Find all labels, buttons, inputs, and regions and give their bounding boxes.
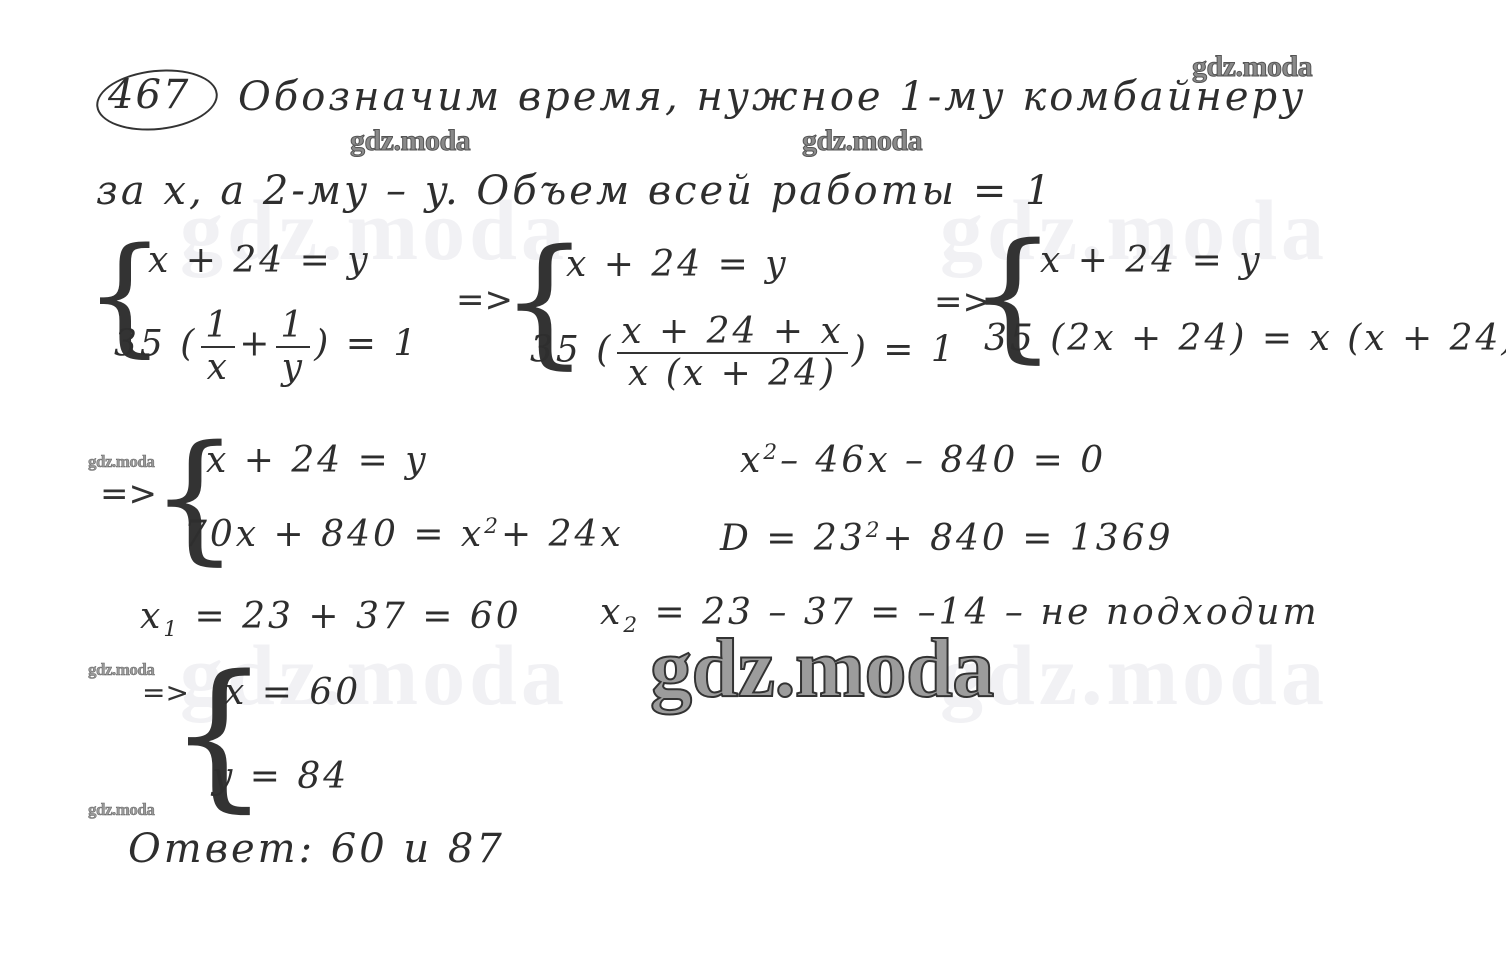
subscript: 2: [623, 613, 640, 638]
system-3-eq1: x + 24 = y: [1040, 240, 1263, 281]
fraction-combined: x + 24 + xx (x + 24): [617, 312, 848, 393]
watermark: gdz.moda: [88, 452, 154, 472]
discriminant-left: D = 23: [720, 518, 866, 559]
plus-sign: +: [239, 324, 272, 365]
numerator: 1: [276, 306, 310, 348]
answer: Ответ: 60 и 87: [128, 826, 505, 872]
root-1: x1 = 23 + 37 = 60: [140, 596, 522, 642]
system-2-eq2-prefix: 35 (: [530, 330, 613, 371]
discriminant-right: + 840 = 1369: [882, 518, 1173, 559]
system-3-eq2: 35 (2x + 24) = x (x + 24): [984, 318, 1506, 359]
system-1-eq2: 35 (1x+1y) = 1: [114, 306, 419, 387]
fraction-1-over-y: 1y: [276, 306, 310, 387]
watermark: gdz.moda: [350, 124, 470, 158]
implies-arrow-icon: =>: [100, 474, 157, 514]
system-2-eq2-suffix: ) = 1: [852, 330, 957, 371]
exponent: 2: [484, 514, 501, 539]
root-expression: = 23 + 37 = 60: [195, 596, 522, 637]
root-label: x: [140, 596, 163, 637]
watermark: gdz.moda: [1192, 50, 1312, 84]
intro-line-2: за x, а 2-му – y. Объем всей работы = 1: [96, 168, 1054, 214]
discriminant: D = 232+ 840 = 1369: [720, 518, 1173, 559]
denominator: x: [207, 348, 230, 388]
system-4-eq1: x + 24 = y: [206, 440, 429, 481]
system-4-eq2-right: + 24x: [501, 514, 624, 555]
quadratic-left: x: [740, 440, 763, 481]
system-4-eq2-left: 70x + 840 = x: [184, 514, 484, 555]
denominator: y: [282, 348, 305, 388]
watermark-large: gdz.moda: [650, 620, 994, 717]
background-watermark: gdz.moda: [940, 625, 1328, 725]
solution-x: x = 60: [224, 672, 361, 713]
system-4-eq2: 70x + 840 = x2+ 24x: [184, 514, 624, 555]
system-1-eq2-prefix: 35 (: [114, 324, 197, 365]
system-1-eq2-suffix: ) = 1: [314, 324, 419, 365]
numerator: x + 24 + x: [617, 312, 848, 354]
watermark: gdz.moda: [802, 124, 922, 158]
exponent: 2: [866, 518, 883, 543]
quadratic-right: – 46x – 840 = 0: [780, 440, 1106, 481]
root-label: x: [600, 592, 623, 633]
system-1-eq1: x + 24 = y: [148, 240, 371, 281]
fraction-1-over-x: 1x: [201, 306, 235, 387]
problem-number: 467: [108, 72, 190, 118]
subscript: 1: [163, 617, 180, 642]
watermark: gdz.moda: [88, 800, 154, 820]
quadratic-equation: x2– 46x – 840 = 0: [740, 440, 1106, 481]
exponent: 2: [763, 440, 780, 465]
system-2-eq2: 35 (x + 24 + xx (x + 24)) = 1: [530, 312, 957, 393]
numerator: 1: [201, 306, 235, 348]
intro-line-1: Обозначим время, нужное 1-му комбайнеру: [238, 74, 1306, 120]
solution-y: y = 84: [212, 756, 349, 797]
system-2-eq1: x + 24 = y: [566, 244, 789, 285]
denominator: x (x + 24): [628, 354, 837, 394]
